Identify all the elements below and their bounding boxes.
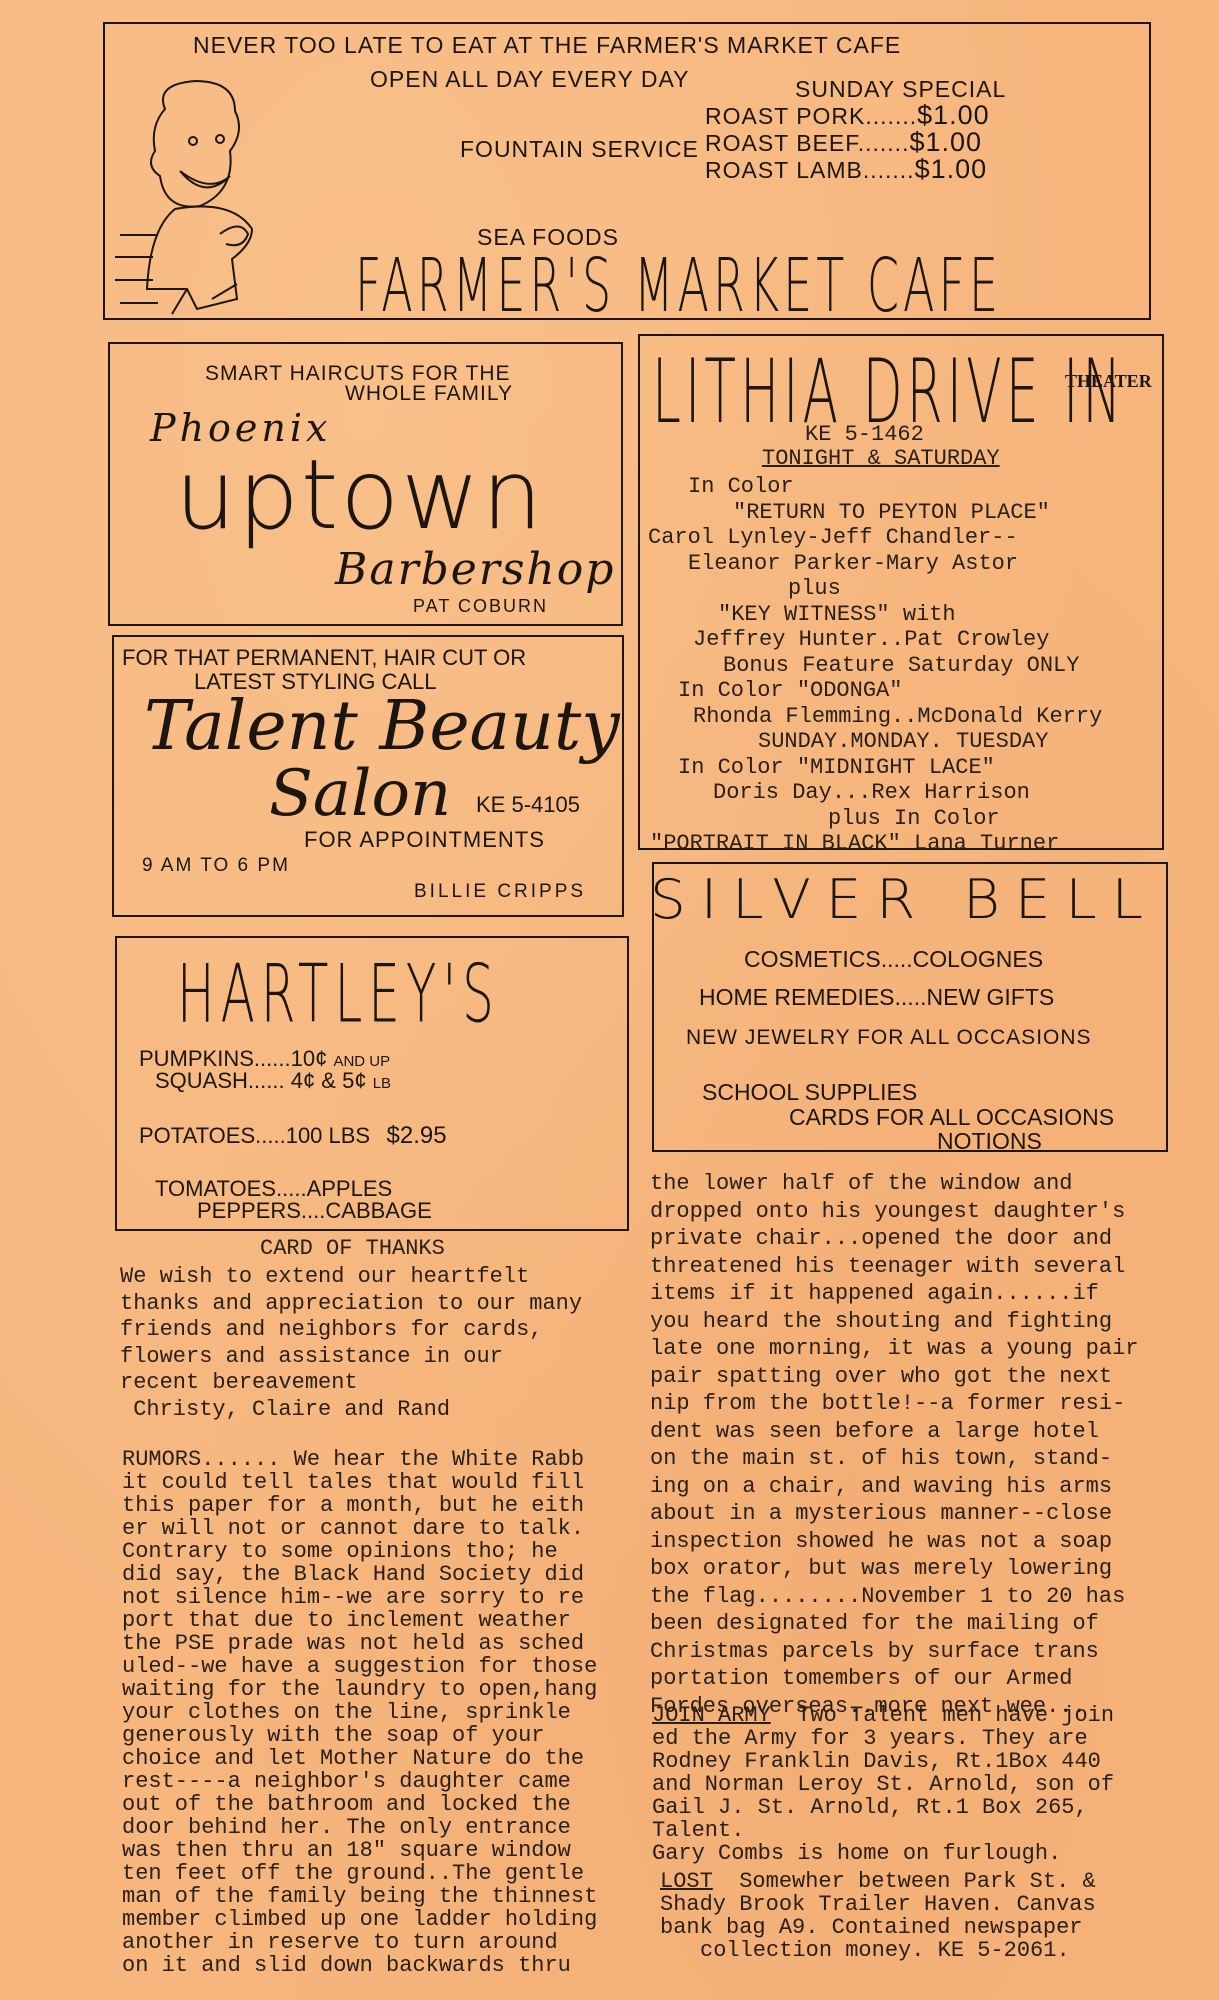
text-line: box orator, but was merely lowering bbox=[650, 1555, 1138, 1583]
text-line: waiting for the laundry to open,hang bbox=[122, 1678, 597, 1701]
listing-line: plus In Color bbox=[648, 806, 1102, 832]
barber-owner: PAT COBURN bbox=[413, 596, 548, 617]
text-line: did say, the Black Hand Society did bbox=[122, 1563, 597, 1586]
text-line: bank bag A9. Contained newspaper bbox=[660, 1916, 1096, 1939]
text-line: collection money. KE 5-2061. bbox=[660, 1939, 1096, 1962]
text-line: rest----a neighbor's daughter came bbox=[122, 1770, 597, 1793]
speed-line bbox=[115, 256, 153, 258]
card-of-thanks-heading: CARD OF THANKS bbox=[260, 1238, 445, 1261]
text-line: Contrary to some opinions tho; he bbox=[122, 1540, 597, 1563]
text-line: port that due to inclement weather bbox=[122, 1609, 597, 1632]
text-line: on it and slid down backwards thru bbox=[122, 1954, 597, 1977]
text-line: er will not or cannot dare to talk. bbox=[122, 1517, 597, 1540]
text-line: generously with the soap of your bbox=[122, 1724, 597, 1747]
cafe-name: FARMER'S MARKET CAFE bbox=[355, 242, 1002, 328]
text-line: choice and let Mother Nature do the bbox=[122, 1747, 597, 1770]
beauty-tagline-1: FOR THAT PERMANENT, HAIR CUT OR bbox=[122, 645, 526, 671]
listing-line: Eleanor Parker-Mary Astor bbox=[648, 551, 1102, 577]
listing-line: "KEY WITNESS" with bbox=[648, 602, 1102, 628]
rumors-continued-column: the lower half of the window and dropped… bbox=[650, 1170, 1138, 1720]
text-line: ing on a chair, and waving his arms bbox=[650, 1473, 1138, 1501]
cafe-tagline: NEVER TOO LATE TO EAT AT THE FARMER'S MA… bbox=[193, 32, 901, 59]
listing-line: In Color "MIDNIGHT LACE" bbox=[648, 755, 1102, 781]
text-line: the lower half of the window and bbox=[650, 1170, 1138, 1198]
hartleys-item-row: POTATOES.....100 LBS $2.95 bbox=[139, 1122, 447, 1150]
text-line: Christy, Claire and Rand bbox=[120, 1397, 582, 1424]
cafe-special-heading: SUNDAY SPECIAL bbox=[795, 76, 1006, 103]
cafe-specials-list: ROAST PORK.......$1.00 ROAST BEEF.......… bbox=[705, 102, 990, 183]
text-line: late one morning, it was a young pair bbox=[650, 1335, 1138, 1363]
barbershop-ad: SMART HAIRCUTS FOR THE WHOLE FAMILY Phoe… bbox=[108, 342, 623, 626]
silver-bell-line: NEW JEWELRY FOR ALL OCCASIONS bbox=[686, 1026, 1092, 1050]
text-line: We wish to extend our heartfelt bbox=[120, 1264, 582, 1291]
theater-suffix: THEATER bbox=[1065, 371, 1152, 392]
text-line: was then thru an 18" square window bbox=[122, 1839, 597, 1862]
beauty-owner: BILLIE CRIPPS bbox=[414, 881, 586, 903]
special-row: ROAST PORK.......$1.00 bbox=[705, 102, 990, 129]
text-line: member climbed up one ladder holding bbox=[122, 1908, 597, 1931]
text-line: and Norman Leroy St. Arnold, son of bbox=[652, 1773, 1114, 1796]
text-line: portation tomembers of our Armed bbox=[650, 1665, 1138, 1693]
text-line: Christmas parcels by surface trans bbox=[650, 1638, 1138, 1666]
speed-line bbox=[115, 279, 153, 281]
theater-phone: KE 5-1462 bbox=[805, 424, 924, 447]
listing-line: Jeffrey Hunter..Pat Crowley bbox=[648, 627, 1102, 653]
text-line: the flag........November 1 to 20 has bbox=[650, 1583, 1138, 1611]
theater-schedule-heading: TONIGHT & SATURDAY bbox=[762, 448, 1000, 471]
lithia-drive-in-ad: LITHIA DRIVE IN THEATER KE 5-1462 TONIGH… bbox=[638, 334, 1164, 850]
text-line: this paper for a month, but he eith bbox=[122, 1494, 597, 1517]
text-line: man of the family being the thinnest bbox=[122, 1885, 597, 1908]
text-line: about in a mysterious manner--close bbox=[650, 1500, 1138, 1528]
theater-listing: In Color "RETURN TO PEYTON PLACE" Carol … bbox=[648, 474, 1102, 857]
text-line: JOIN ARMY Two Talent men have join bbox=[652, 1704, 1114, 1727]
join-army-heading: JOIN ARMY bbox=[652, 1703, 771, 1728]
silver-bell-line: HOME REMEDIES.....NEW GIFTS bbox=[699, 984, 1054, 1011]
text-line: Gary Combs is home on furlough. bbox=[652, 1842, 1114, 1865]
listing-line: In Color bbox=[648, 474, 1102, 500]
listing-line: "RETURN TO PEYTON PLACE" bbox=[648, 500, 1102, 526]
text-line: uled--we have a suggestion for those bbox=[122, 1655, 597, 1678]
text-line: the PSE prade was not held as sched bbox=[122, 1632, 597, 1655]
waiter-chef-icon bbox=[125, 79, 270, 324]
text-line: RUMORS...... We hear the White Rabb bbox=[122, 1448, 597, 1471]
listing-line: Doris Day...Rex Harrison bbox=[648, 780, 1102, 806]
hartleys-ad: HARTLEY'S PUMPKINS......10¢ AND UP SQUAS… bbox=[115, 936, 629, 1231]
listing-line: Carol Lynley-Jeff Chandler-- bbox=[648, 525, 1102, 551]
beauty-appointments: FOR APPOINTMENTS bbox=[304, 827, 545, 853]
listing-line: Bonus Feature Saturday ONLY bbox=[648, 653, 1102, 679]
silver-bell-ad: SILVER BELL COSMETICS.....COLOGNES HOME … bbox=[652, 862, 1168, 1152]
silver-bell-line: SCHOOL SUPPLIES bbox=[702, 1079, 917, 1106]
listing-line: In Color "ODONGA" bbox=[648, 678, 1102, 704]
beauty-name-1: Talent Beauty bbox=[144, 687, 620, 766]
join-army-section: JOIN ARMY Two Talent men have join ed th… bbox=[652, 1704, 1114, 1865]
text-line: items if it happened again......if bbox=[650, 1280, 1138, 1308]
text-line: dent was seen before a large hotel bbox=[650, 1418, 1138, 1446]
text-line: private chair...opened the door and bbox=[650, 1225, 1138, 1253]
silver-bell-line: NOTIONS bbox=[937, 1128, 1042, 1155]
lost-heading: LOST bbox=[660, 1869, 713, 1894]
text-line: not silence him--we are sorry to re bbox=[122, 1586, 597, 1609]
text-line: pair spatting over who got the next bbox=[650, 1363, 1138, 1391]
text-line: ten feet off the ground..The gentle bbox=[122, 1862, 597, 1885]
text-line: another in reserve to turn around bbox=[122, 1931, 597, 1954]
text-line: Talent. bbox=[652, 1819, 1114, 1842]
text-line: your clothes on the line, sprinkle bbox=[122, 1701, 597, 1724]
beauty-salon-ad: FOR THAT PERMANENT, HAIR CUT OR LATEST S… bbox=[112, 635, 624, 917]
listing-line: "PORTRAIT IN BLACK" Lana Turner bbox=[648, 831, 1102, 857]
silver-bell-name: SILVER BELL bbox=[650, 868, 1158, 931]
text-line: LOST Somewher between Park St. & bbox=[660, 1870, 1096, 1893]
listing-line: Rhonda Flemming..McDonald Kerry bbox=[648, 704, 1102, 730]
text-line: threatened his teenager with several bbox=[650, 1253, 1138, 1281]
text-line: Rodney Franklin Davis, Rt.1Box 440 bbox=[652, 1750, 1114, 1773]
barber-name: uptown bbox=[175, 439, 545, 551]
text-line: friends and neighbors for cards, bbox=[120, 1317, 582, 1344]
hartleys-produce-line-2: PEPPERS....CABBAGE bbox=[197, 1198, 432, 1224]
text-line: you heard the shouting and fighting bbox=[650, 1308, 1138, 1336]
beauty-hours: 9 AM TO 6 PM bbox=[142, 855, 290, 877]
text-line: ed the Army for 3 years. They are bbox=[652, 1727, 1114, 1750]
beauty-phone: KE 5-4105 bbox=[476, 792, 580, 818]
listing-line: SUNDAY.MONDAY. TUESDAY bbox=[648, 729, 1102, 755]
text-line: on the main st. of his town, stand- bbox=[650, 1445, 1138, 1473]
cafe-fountain-service: FOUNTAIN SERVICE bbox=[460, 136, 699, 163]
text-line: recent bereavement bbox=[120, 1370, 582, 1397]
text-line: nip from the bottle!--a former resi- bbox=[650, 1390, 1138, 1418]
beauty-name-2: Salon bbox=[269, 757, 451, 831]
text-line: thanks and appreciation to our many bbox=[120, 1291, 582, 1318]
barber-tagline-2: WHOLE FAMILY bbox=[345, 382, 513, 406]
barber-type: Barbershop bbox=[335, 544, 615, 595]
special-row: ROAST LAMB.......$1.00 bbox=[705, 156, 990, 183]
speed-line bbox=[120, 302, 158, 304]
hartleys-name: HARTLEY'S bbox=[177, 948, 500, 1041]
silver-bell-line: COSMETICS.....COLOGNES bbox=[744, 946, 1043, 973]
text-line: flowers and assistance in our bbox=[120, 1344, 582, 1371]
hartleys-item-row: SQUASH...... 4¢ & 5¢ LB bbox=[155, 1068, 391, 1094]
text-line: out of the bathroom and locked the bbox=[122, 1793, 597, 1816]
card-of-thanks-body: We wish to extend our heartfelt thanks a… bbox=[120, 1264, 582, 1423]
text-line: it could tell tales that would fill bbox=[122, 1471, 597, 1494]
lost-notice: LOST Somewher between Park St. & Shady B… bbox=[660, 1870, 1096, 1962]
text-line: Gail J. St. Arnold, Rt.1 Box 265, bbox=[652, 1796, 1114, 1819]
text-line: inspection showed he was not a soap bbox=[650, 1528, 1138, 1556]
rumors-column: RUMORS...... We hear the White Rabb it c… bbox=[122, 1448, 597, 1977]
text-line: door behind her. The only entrance bbox=[122, 1816, 597, 1839]
silver-bell-line: CARDS FOR ALL OCCASIONS bbox=[789, 1104, 1114, 1131]
text-line: dropped onto his youngest daughter's bbox=[650, 1198, 1138, 1226]
farmers-market-cafe-ad: NEVER TOO LATE TO EAT AT THE FARMER'S MA… bbox=[103, 22, 1151, 320]
text-line: been designated for the mailing of bbox=[650, 1610, 1138, 1638]
text-line: Shady Brook Trailer Haven. Canvas bbox=[660, 1893, 1096, 1916]
speed-line bbox=[120, 234, 158, 236]
listing-line: plus bbox=[648, 576, 1102, 602]
special-row: ROAST BEEF.......$1.00 bbox=[705, 129, 990, 156]
cafe-hours: OPEN ALL DAY EVERY DAY bbox=[370, 66, 689, 93]
